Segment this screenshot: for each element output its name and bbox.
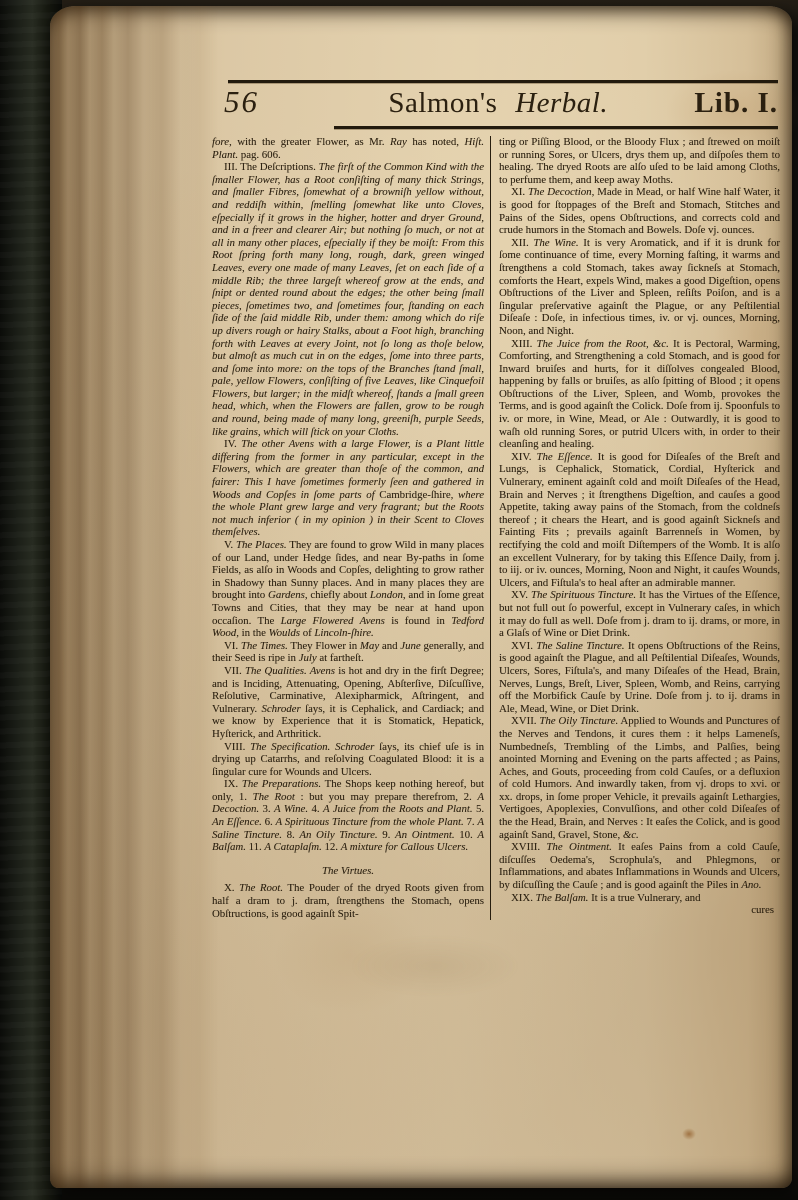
para-x-root: X. The Root. The Pouder of the dryed Roo… [212,882,484,920]
text-block: 56 Salmon's Herbal. Lib. I. fore, with t… [212,80,780,920]
volume-label: Lib. I. [694,87,780,120]
para-xii-wine: XII. The Wine. It is very Aromatick, and… [499,237,780,338]
page-gutter [50,6,218,1188]
ink-bleedthrough [350,936,520,996]
para-xiv-essence: XIV. The Eſſence. It is good for Diſeaſe… [499,451,780,590]
para-iv-other-avens: IV. The other Avens with a large Flower,… [212,438,484,539]
text-columns: fore, with the greater Flower, as Mr. Ra… [212,136,780,920]
para-xiii-juice: XIII. The Juice from the Root, &c. It is… [499,338,780,451]
left-column: fore, with the greater Flower, as Mr. Ra… [212,136,491,920]
para-xvi-saline-tincture: XVI. The Saline Tincture. It opens Obſtr… [499,640,780,716]
para-continuation-right: ting or Piſſing Blood, or the Bloody Flu… [499,136,780,186]
para-xix-balsam: XIX. The Balſam. It is a true Vulnerary,… [499,892,780,905]
para-xviii-ointment: XVIII. The Ointment. It eaſes Pains from… [499,841,780,891]
para-vii-qualities: VII. The Qualities. Avens is hot and dry… [212,665,484,741]
para-xv-spirituous-tincture: XV. The Spirituous Tincture. It has the … [499,589,780,639]
para-iii-descriptions: III. The Deſcriptions. The firſt of the … [212,161,484,438]
para-viii-specification: VIII. The Specification. Schroder ſays, … [212,741,484,779]
para-continuation: fore, with the greater Flower, as Mr. Ra… [212,136,484,161]
running-title: Salmon's Herbal. [302,87,694,120]
running-title-work: Herbal. [515,87,608,119]
page-header: 56 Salmon's Herbal. Lib. I. [212,84,780,126]
header-rule-bottom [334,126,778,129]
running-title-name: Salmon's [388,87,497,119]
para-ix-preparations: IX. The Preparations. The Shops keep not… [212,778,484,854]
paper-stain [682,1128,696,1140]
catchword: cures [499,904,780,917]
page: 56 Salmon's Herbal. Lib. I. fore, with t… [50,6,792,1188]
para-xi-decoction: XI. The Decoction, Made in Mead, or half… [499,186,780,236]
right-column: ting or Piſſing Blood, or the Bloody Flu… [491,136,780,920]
book-scan: 56 Salmon's Herbal. Lib. I. fore, with t… [0,0,798,1200]
para-xvii-oily-tincture: XVII. The Oily Tincture. Applied to Woun… [499,715,780,841]
para-vi-times: VI. The Times. They Flower in May and Ju… [212,640,484,665]
page-number: 56 [212,84,302,120]
heading-the-virtues: The Virtues. [212,865,484,878]
header-rule-top [228,80,778,83]
para-v-places: V. The Places. They are found to grow Wi… [212,539,484,640]
